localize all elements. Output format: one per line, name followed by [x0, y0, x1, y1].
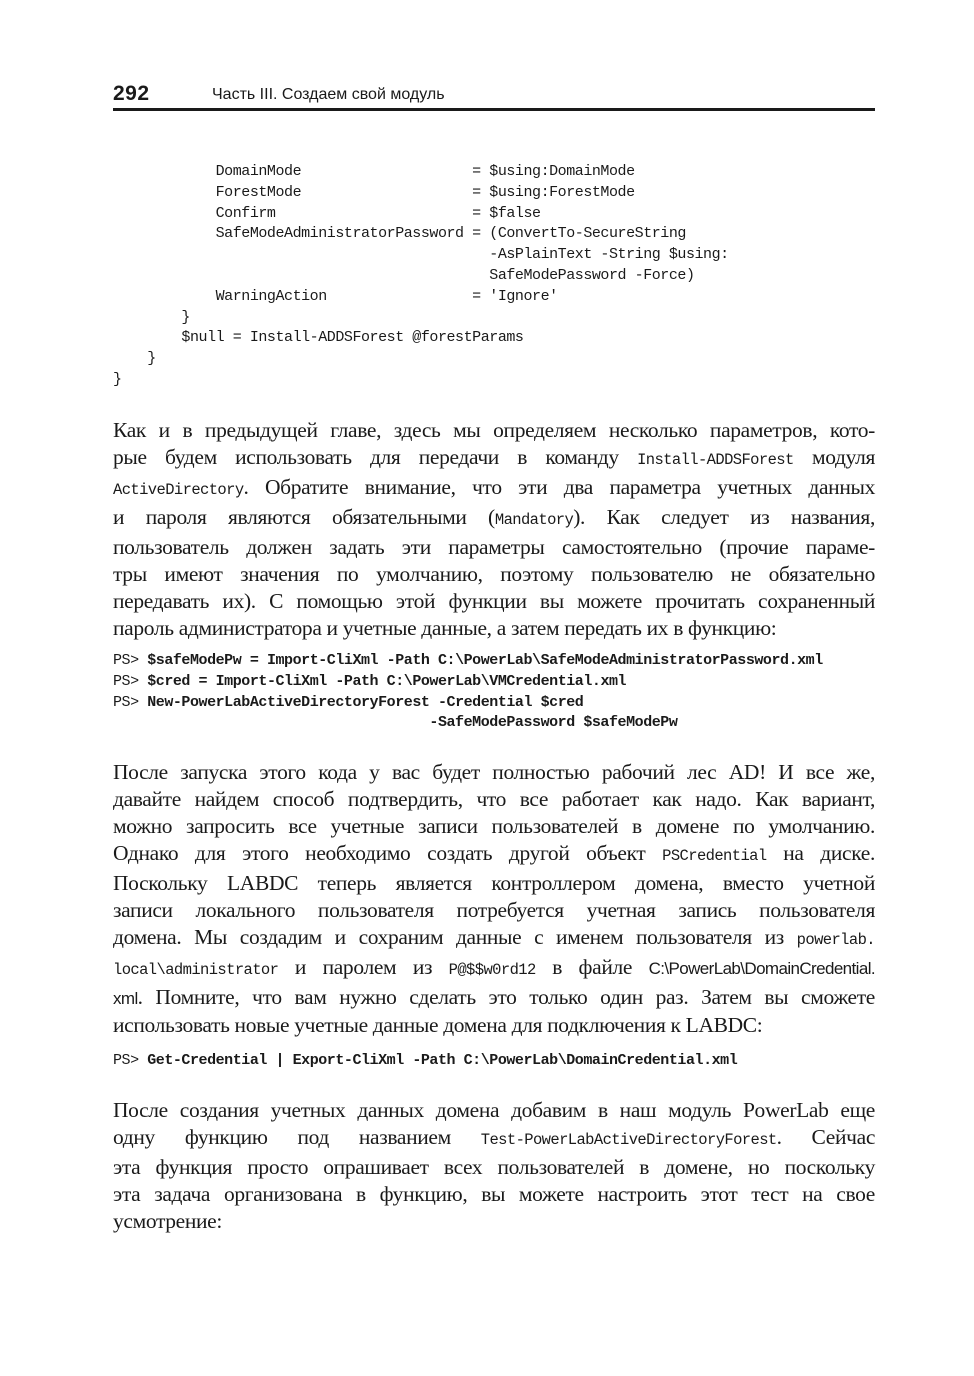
- text-line: можно запросить все учетные записи польз…: [113, 813, 875, 840]
- text-line: домена. Мы создадим и сохраним данные с …: [113, 924, 875, 954]
- text-line: xml. Помните, что вам нужно сделать это …: [113, 984, 875, 1012]
- text-line: рые будем использовать для передачи в ко…: [113, 444, 875, 474]
- text-run: Как и в предыдущей главе, здесь мы опред…: [113, 418, 875, 442]
- text-line: ActiveDirectory. Обратите внимание, что …: [113, 474, 875, 504]
- text-line: local\administrator и паролем из P@$$w0r…: [113, 954, 875, 984]
- header-bar: 292 Часть III. Создаем свой модуль: [113, 80, 875, 110]
- header-rule: [113, 108, 875, 111]
- paragraph-test-function: После создания учетных данных домена доб…: [113, 1097, 875, 1235]
- command-text: $safeModePw = Import-CliXml -Path C:\Pow…: [147, 652, 823, 669]
- prompt: PS>: [113, 694, 147, 711]
- text-line: и пароля являются обязательными (Mandato…: [113, 504, 875, 534]
- text-run: тры имеют значения по умолчанию, поэтому…: [113, 562, 875, 586]
- text-line: эта функция просто опрашивает всех польз…: [113, 1154, 875, 1181]
- inline-path: xml: [113, 989, 138, 1008]
- code-line: ForestMode = $using:ForestMode: [113, 183, 729, 204]
- text-run: давайте найдем способ подтвердить, что в…: [113, 787, 875, 811]
- inline-code: Install-ADDSForest: [637, 451, 794, 469]
- text-line: тры имеют значения по умолчанию, поэтому…: [113, 561, 875, 588]
- text-line: использовать новые учетные данные домена…: [113, 1012, 875, 1039]
- command-line: -SafeModePassword $safeModePw: [113, 713, 823, 734]
- text-line: передавать их). С помощью этой функции в…: [113, 588, 875, 615]
- text-run: Однако для этого необходимо создать друг…: [113, 841, 662, 865]
- text-run: пользователь должен задать эти параметры…: [113, 535, 875, 559]
- text-run: записи локального пользователя потребует…: [113, 898, 875, 922]
- code-line: Confirm = $false: [113, 204, 729, 225]
- command-text: $cred = Import-CliXml -Path C:\PowerLab\…: [147, 673, 626, 690]
- text-line: После запуска этого кода у вас будет пол…: [113, 759, 875, 786]
- inline-code: PSCredential: [662, 847, 766, 865]
- inline-code: Test-PowerLabActiveDirectoryForest: [481, 1131, 777, 1149]
- text-run: модуля: [794, 445, 875, 469]
- text-run: можно запросить все учетные записи польз…: [113, 814, 875, 838]
- text-line: пароль администратора и учетные данные, …: [113, 615, 875, 642]
- text-run: и пароля являются обязательными (: [113, 505, 495, 529]
- text-run: ). Как следует из названия,: [573, 505, 875, 529]
- text-run: . Сейчас: [777, 1125, 875, 1149]
- code-line: }: [113, 370, 729, 391]
- text-line: Как и в предыдущей главе, здесь мы опред…: [113, 417, 875, 444]
- code-line: WarningAction = 'Ignore': [113, 287, 729, 308]
- prompt: PS>: [113, 1052, 147, 1069]
- text-run: передавать их). С помощью этой функции в…: [113, 589, 875, 613]
- text-line: давайте найдем способ подтвердить, что в…: [113, 786, 875, 813]
- inline-code: local\administrator: [113, 961, 278, 979]
- text-line: эта задача организована в функцию, вы мо…: [113, 1181, 875, 1208]
- text-run: домена. Мы создадим и сохраним данные с …: [113, 925, 797, 949]
- code-line: DomainMode = $using:DomainMode: [113, 162, 729, 183]
- text-run: После создания учетных данных домена доб…: [113, 1098, 875, 1122]
- inline-code: powerlab.: [797, 931, 875, 949]
- text-run: эта функция просто опрашивает всех польз…: [113, 1155, 875, 1179]
- prompt: PS>: [113, 673, 147, 690]
- text-line: одну функцию под названием Test-PowerLab…: [113, 1124, 875, 1154]
- inline-path: C:\PowerLab\DomainCredential.: [649, 959, 875, 978]
- prompt: PS>: [113, 652, 147, 669]
- inline-code: Mandatory: [495, 511, 573, 529]
- running-title: Часть III. Создаем свой модуль: [212, 86, 445, 104]
- command-text: New-PowerLabActiveDirectoryForest -Crede…: [147, 694, 583, 711]
- text-line: пользователь должен задать эти параметры…: [113, 534, 875, 561]
- text-line: записи локального пользователя потребует…: [113, 897, 875, 924]
- text-run: Поскольку LABDC теперь является контролл…: [113, 871, 875, 895]
- paragraph-verify-forest: После запуска этого кода у вас будет пол…: [113, 759, 875, 1039]
- code-line: SafeModePassword -Force): [113, 266, 729, 287]
- text-run: в файле: [536, 955, 649, 979]
- text-line: После создания учетных данных домена доб…: [113, 1097, 875, 1124]
- text-line: усмотрение:: [113, 1208, 875, 1235]
- text-run: После запуска этого кода у вас будет пол…: [113, 760, 875, 784]
- command-line: PS> $safeModePw = Import-CliXml -Path C:…: [113, 651, 823, 672]
- text-run: рые будем использовать для передачи в ко…: [113, 445, 637, 469]
- text-line: Однако для этого необходимо создать друг…: [113, 840, 875, 870]
- command-line: PS> Get-Credential | Export-CliXml -Path…: [113, 1051, 737, 1072]
- text-line: Поскольку LABDC теперь является контролл…: [113, 870, 875, 897]
- code-block-export-credential: PS> Get-Credential | Export-CliXml -Path…: [113, 1051, 737, 1072]
- code-line: $null = Install-ADDSForest @forestParams: [113, 328, 729, 349]
- code-block-forest-params: DomainMode = $using:DomainMode ForestMod…: [113, 162, 729, 391]
- code-line: -AsPlainText -String $using:: [113, 245, 729, 266]
- text-run: использовать новые учетные данные домена…: [113, 1013, 762, 1037]
- inline-code: ActiveDirectory: [113, 481, 244, 499]
- paragraph-parameters-explanation: Как и в предыдущей главе, здесь мы опред…: [113, 417, 875, 642]
- text-run: усмотрение:: [113, 1209, 222, 1233]
- text-run: одну функцию под названием: [113, 1125, 481, 1149]
- code-block-run-forest: PS> $safeModePw = Import-CliXml -Path C:…: [113, 651, 823, 734]
- page-number: 292: [113, 82, 150, 106]
- text-run: эта задача организована в функцию, вы мо…: [113, 1182, 875, 1206]
- code-line: }: [113, 349, 729, 370]
- command-text: Get-Credential | Export-CliXml -Path C:\…: [147, 1052, 737, 1069]
- code-line: SafeModeAdministratorPassword = (Convert…: [113, 224, 729, 245]
- text-run: на диске.: [767, 841, 875, 865]
- command-line: PS> New-PowerLabActiveDirectoryForest -C…: [113, 693, 823, 714]
- command-line: PS> $cred = Import-CliXml -Path C:\Power…: [113, 672, 823, 693]
- command-text: -SafeModePassword $safeModePw: [113, 714, 677, 731]
- text-run: и паролем из: [278, 955, 448, 979]
- inline-code: P@$$w0rd12: [449, 961, 536, 979]
- text-run: пароль администратора и учетные данные, …: [113, 616, 776, 640]
- text-run: . Помните, что вам нужно сделать это тол…: [138, 985, 875, 1009]
- text-run: . Обратите внимание, что эти два парамет…: [244, 475, 875, 499]
- code-line: }: [113, 308, 729, 329]
